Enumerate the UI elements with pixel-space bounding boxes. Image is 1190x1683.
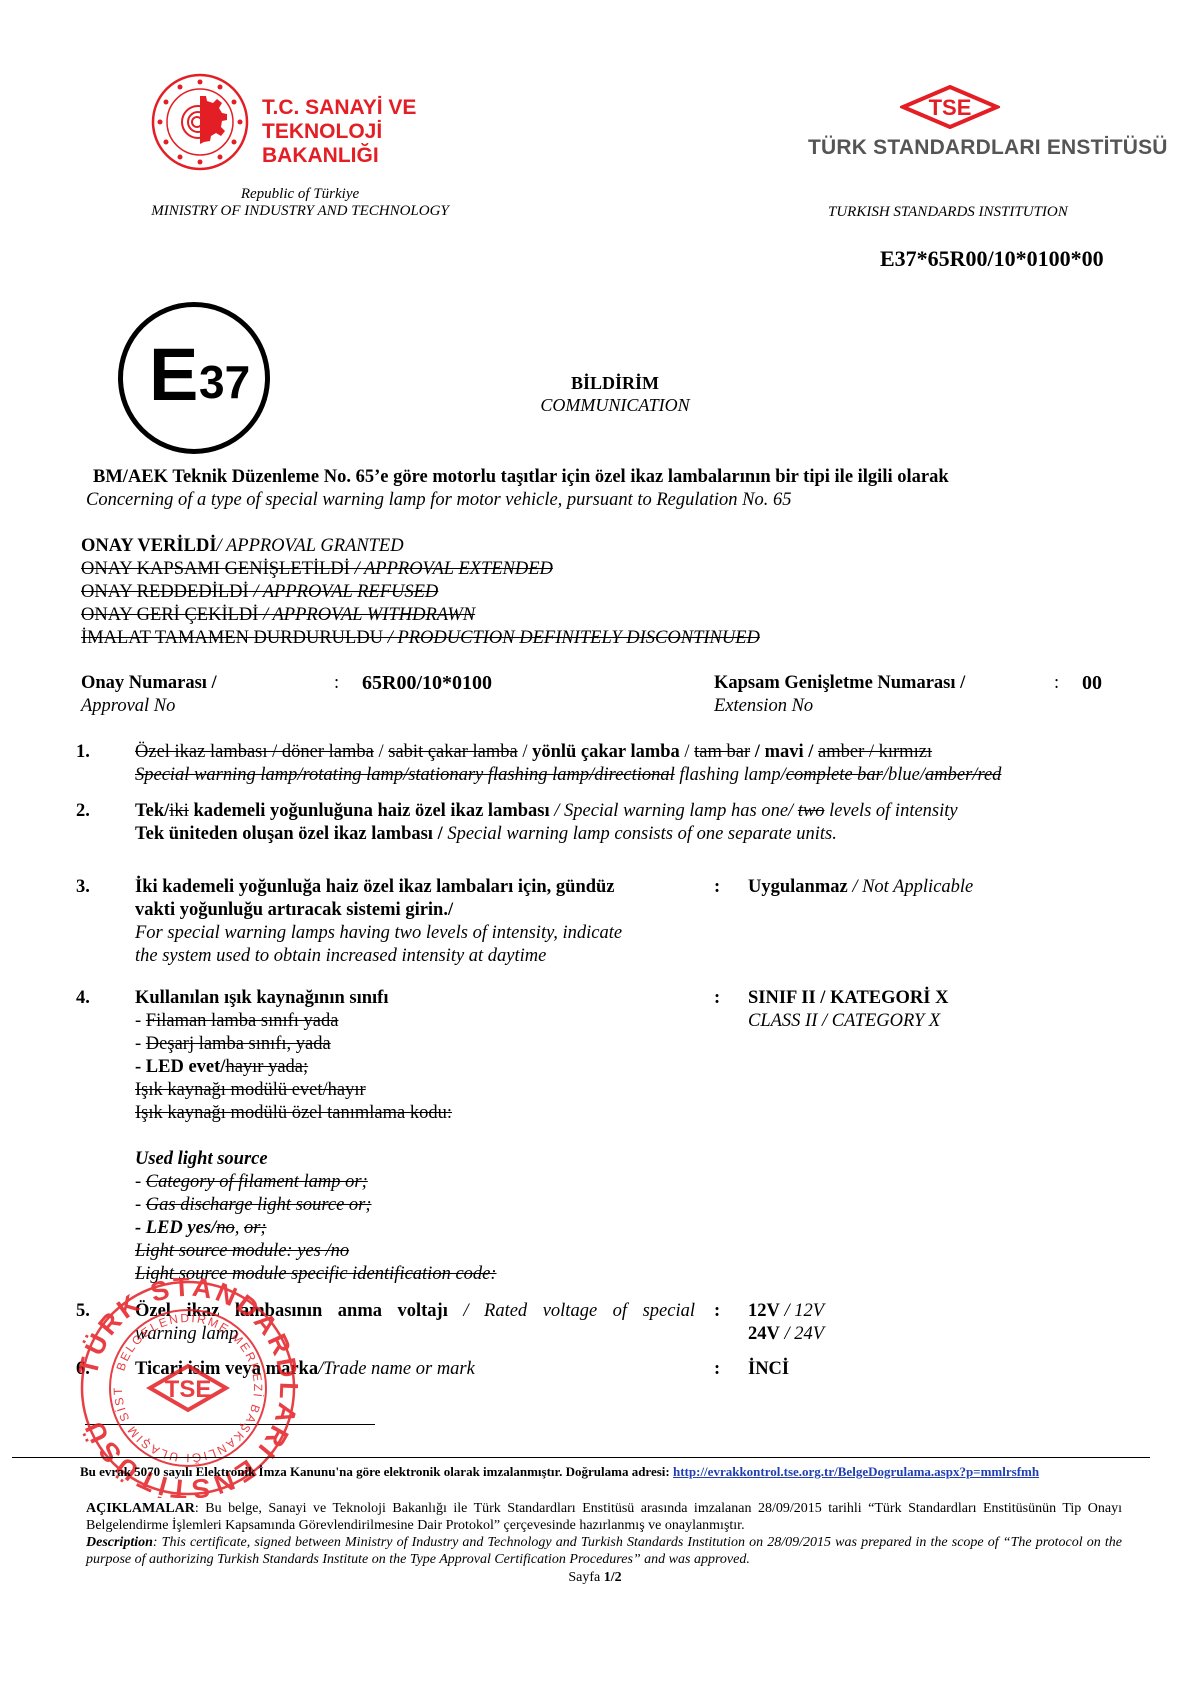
approval-mark: E37*65R00/10*0100*00 (880, 246, 1104, 272)
item-3-value: Uygulanmaz / Not Applicable (748, 876, 973, 899)
footer-divider (12, 1457, 1150, 1458)
e-mark-logo: E 37 (118, 302, 270, 454)
item-4-colon: : (714, 987, 720, 1010)
item-4-number: 4. (76, 987, 90, 1010)
ministry-name-line2: TEKNOLOJİ BAKANLIĞI (262, 120, 480, 168)
item-3-colon: : (714, 876, 720, 899)
title-en: COMMUNICATION (500, 394, 730, 416)
page-number: Sayfa 1/2 (0, 1570, 1190, 1586)
item-4-value: SINIF II / KATEGORİ X CLASS II / CATEGOR… (748, 987, 948, 1033)
svg-text:TSE: TSE (165, 1376, 212, 1403)
subject-en: Concerning of a type of special warning … (86, 489, 792, 512)
item-2-number: 2. (76, 800, 90, 823)
footer-notes: AÇIKLAMALAR: Bu belge, Sanayi ve Teknolo… (86, 1500, 1122, 1568)
title-tr: BİLDİRİM (500, 372, 730, 394)
verification-link[interactable]: http://evrakkontrol.tse.org.tr/BelgeDogr… (673, 1464, 1039, 1479)
ministry-caption-name: MINISTRY OF INDUSTRY AND TECHNOLOGY (140, 203, 460, 220)
document-title: BİLDİRİM COMMUNICATION (500, 372, 730, 416)
ministry-name-line1: T.C. SANAYİ VE (262, 96, 416, 120)
svg-text:TSE: TSE (929, 95, 972, 120)
item-5-colon: : (714, 1300, 720, 1323)
e-mark-letter: E (149, 325, 198, 425)
item-2-line2: Tek üniteden oluşan özel ikaz lambası / … (135, 823, 837, 846)
ministry-logo: T.C. SANAYİ VE TEKNOLOJİ BAKANLIĞI (150, 72, 480, 172)
status-withdrawn: ONAY GERİ ÇEKİLDİ / APPROVAL WITHDRAWN (81, 604, 760, 627)
tse-logo: TSE (900, 85, 1000, 129)
notes-en: Description: This certificate, signed be… (86, 1534, 1122, 1568)
tse-caption: TURKISH STANDARDS INSTITUTION (828, 204, 1068, 221)
tse-diamond-icon: TSE (900, 85, 1000, 129)
status-discontinued: İMALAT TAMAMEN DURDURULDU / PRODUCTION D… (81, 627, 760, 650)
status-list: ONAY VERİLDİ/ APPROVAL GRANTED ONAY KAPS… (81, 535, 760, 650)
ministry-caption: Republic of Türkiye MINISTRY OF INDUSTRY… (140, 186, 460, 220)
ministry-emblem-icon (150, 72, 250, 172)
notes-tr: AÇIKLAMALAR: Bu belge, Sanayi ve Teknolo… (86, 1500, 1122, 1534)
extension-colon: : (1054, 672, 1059, 695)
approval-number-label: Onay Numarası / Approval No (81, 672, 217, 718)
item-1-tr: Özel ikaz lambası / döner lamba / sabit … (135, 741, 932, 764)
item-4-label: Kullanılan ışık kaynağının sınıfı - Fila… (135, 987, 695, 1286)
extension-number-label: Kapsam Genişletme Numarası / Extension N… (714, 672, 965, 718)
approval-colon: : (334, 672, 339, 695)
item-1-number: 1. (76, 741, 90, 764)
e-mark-number: 37 (199, 347, 250, 417)
item-5-value: 12V / 12V 24V / 24V (748, 1300, 824, 1346)
status-extended: ONAY KAPSAMI GENİŞLETİLDİ / APPROVAL EXT… (81, 558, 760, 581)
item-6-value: İNCİ (748, 1358, 789, 1381)
status-granted: ONAY VERİLDİ/ APPROVAL GRANTED (81, 535, 760, 558)
item-6-colon: : (714, 1358, 720, 1381)
status-refused: ONAY REDDEDİLDİ / APPROVAL REFUSED (81, 581, 760, 604)
approval-number-value: 65R00/10*0100 (362, 672, 492, 695)
item-3-label: İki kademeli yoğunluğa haiz özel ikaz la… (135, 876, 695, 968)
tse-name: TÜRK STANDARDLARI ENSTİTÜSÜ (808, 136, 1168, 160)
extension-number-value: 00 (1082, 672, 1102, 695)
item-3-number: 3. (76, 876, 90, 899)
subject-tr: BM/AEK Teknik Düzenleme No. 65’e göre mo… (93, 466, 949, 489)
item-2-line1: Tek/iki kademeli yoğunluğuna haiz özel i… (135, 800, 958, 823)
item-1-en: Special warning lamp/rotating lamp/stati… (135, 764, 1001, 787)
ministry-caption-country: Republic of Türkiye (140, 186, 460, 203)
esign-notice: Bu evrak 5070 sayılı Elektronik İmza Kan… (80, 1464, 1039, 1480)
